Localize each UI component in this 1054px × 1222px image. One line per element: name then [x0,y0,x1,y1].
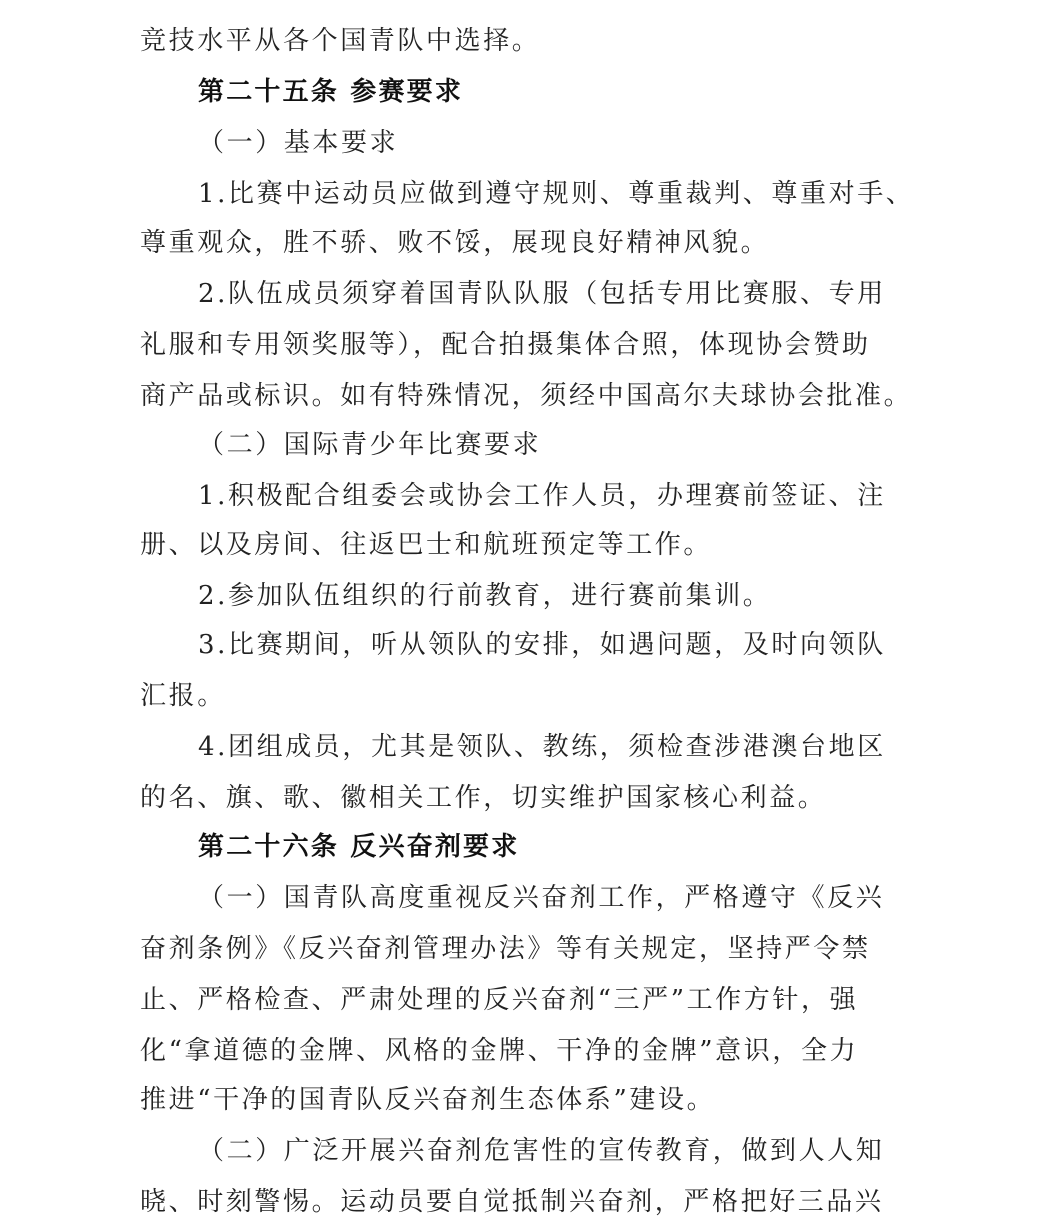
body-line: 推进“干净的国青队反兴奋剂生态体系”建设。 [140,1075,900,1126]
body-line: 礼服和专用领奖服等），配合拍摄集体合照，体现协会赞助 [140,320,900,371]
article-25-heading: 第二十五条 参赛要求 [198,67,958,118]
item-line: 4.团组成员，尤其是领队、教练，须检查涉港澳台地区 [198,722,958,773]
article-26-heading: 第二十六条 反兴奋剂要求 [198,822,958,873]
body-line: 奋剂条例》《反兴奋剂管理办法》等有关规定，坚持严令禁 [140,924,900,975]
section-1-heading: （一）基本要求 [198,118,958,169]
body-line: 汇报。 [140,671,900,722]
body-line: 晓、时刻警惕。运动员要自觉抵制兴奋剂，严格把好三品兴 [140,1177,900,1222]
body-line: 的名、旗、歌、徽相关工作，切实维护国家核心利益。 [140,773,900,824]
body-line: 册、以及房间、往返巴士和航班预定等工作。 [140,520,900,571]
item-line: 1.积极配合组委会或协会工作人员，办理赛前签证、注 [198,471,958,522]
item-line: （二）广泛开展兴奋剂危害性的宣传教育，做到人人知 [198,1126,958,1177]
body-line: 商产品或标识。如有特殊情况，须经中国高尔夫球协会批准。 [140,371,900,422]
item-line: 1.比赛中运动员应做到遵守规则、尊重裁判、尊重对手、 [198,169,958,220]
item-line: 2.队伍成员须穿着国青队队服（包括专用比赛服、专用 [198,269,958,320]
document-page: 竞技水平从各个国青队中选择。 第二十五条 参赛要求 （一）基本要求 1.比赛中运… [0,0,1054,1222]
item-line: （一）国青队高度重视反兴奋剂工作，严格遵守《反兴 [198,873,958,924]
body-line: 化“拿道德的金牌、风格的金牌、干净的金牌”意识，全力 [140,1026,900,1077]
section-2-heading: （二）国际青少年比赛要求 [198,420,958,471]
body-line: 止、严格检查、严肃处理的反兴奋剂“三严”工作方针，强 [140,975,900,1026]
item-line: 2.参加队伍组织的行前教育，进行赛前集训。 [198,571,958,622]
body-line: 竞技水平从各个国青队中选择。 [140,16,900,67]
item-line: 3.比赛期间，听从领队的安排，如遇问题，及时向领队 [198,620,958,671]
body-line: 尊重观众，胜不骄、败不馁，展现良好精神风貌。 [140,218,900,269]
